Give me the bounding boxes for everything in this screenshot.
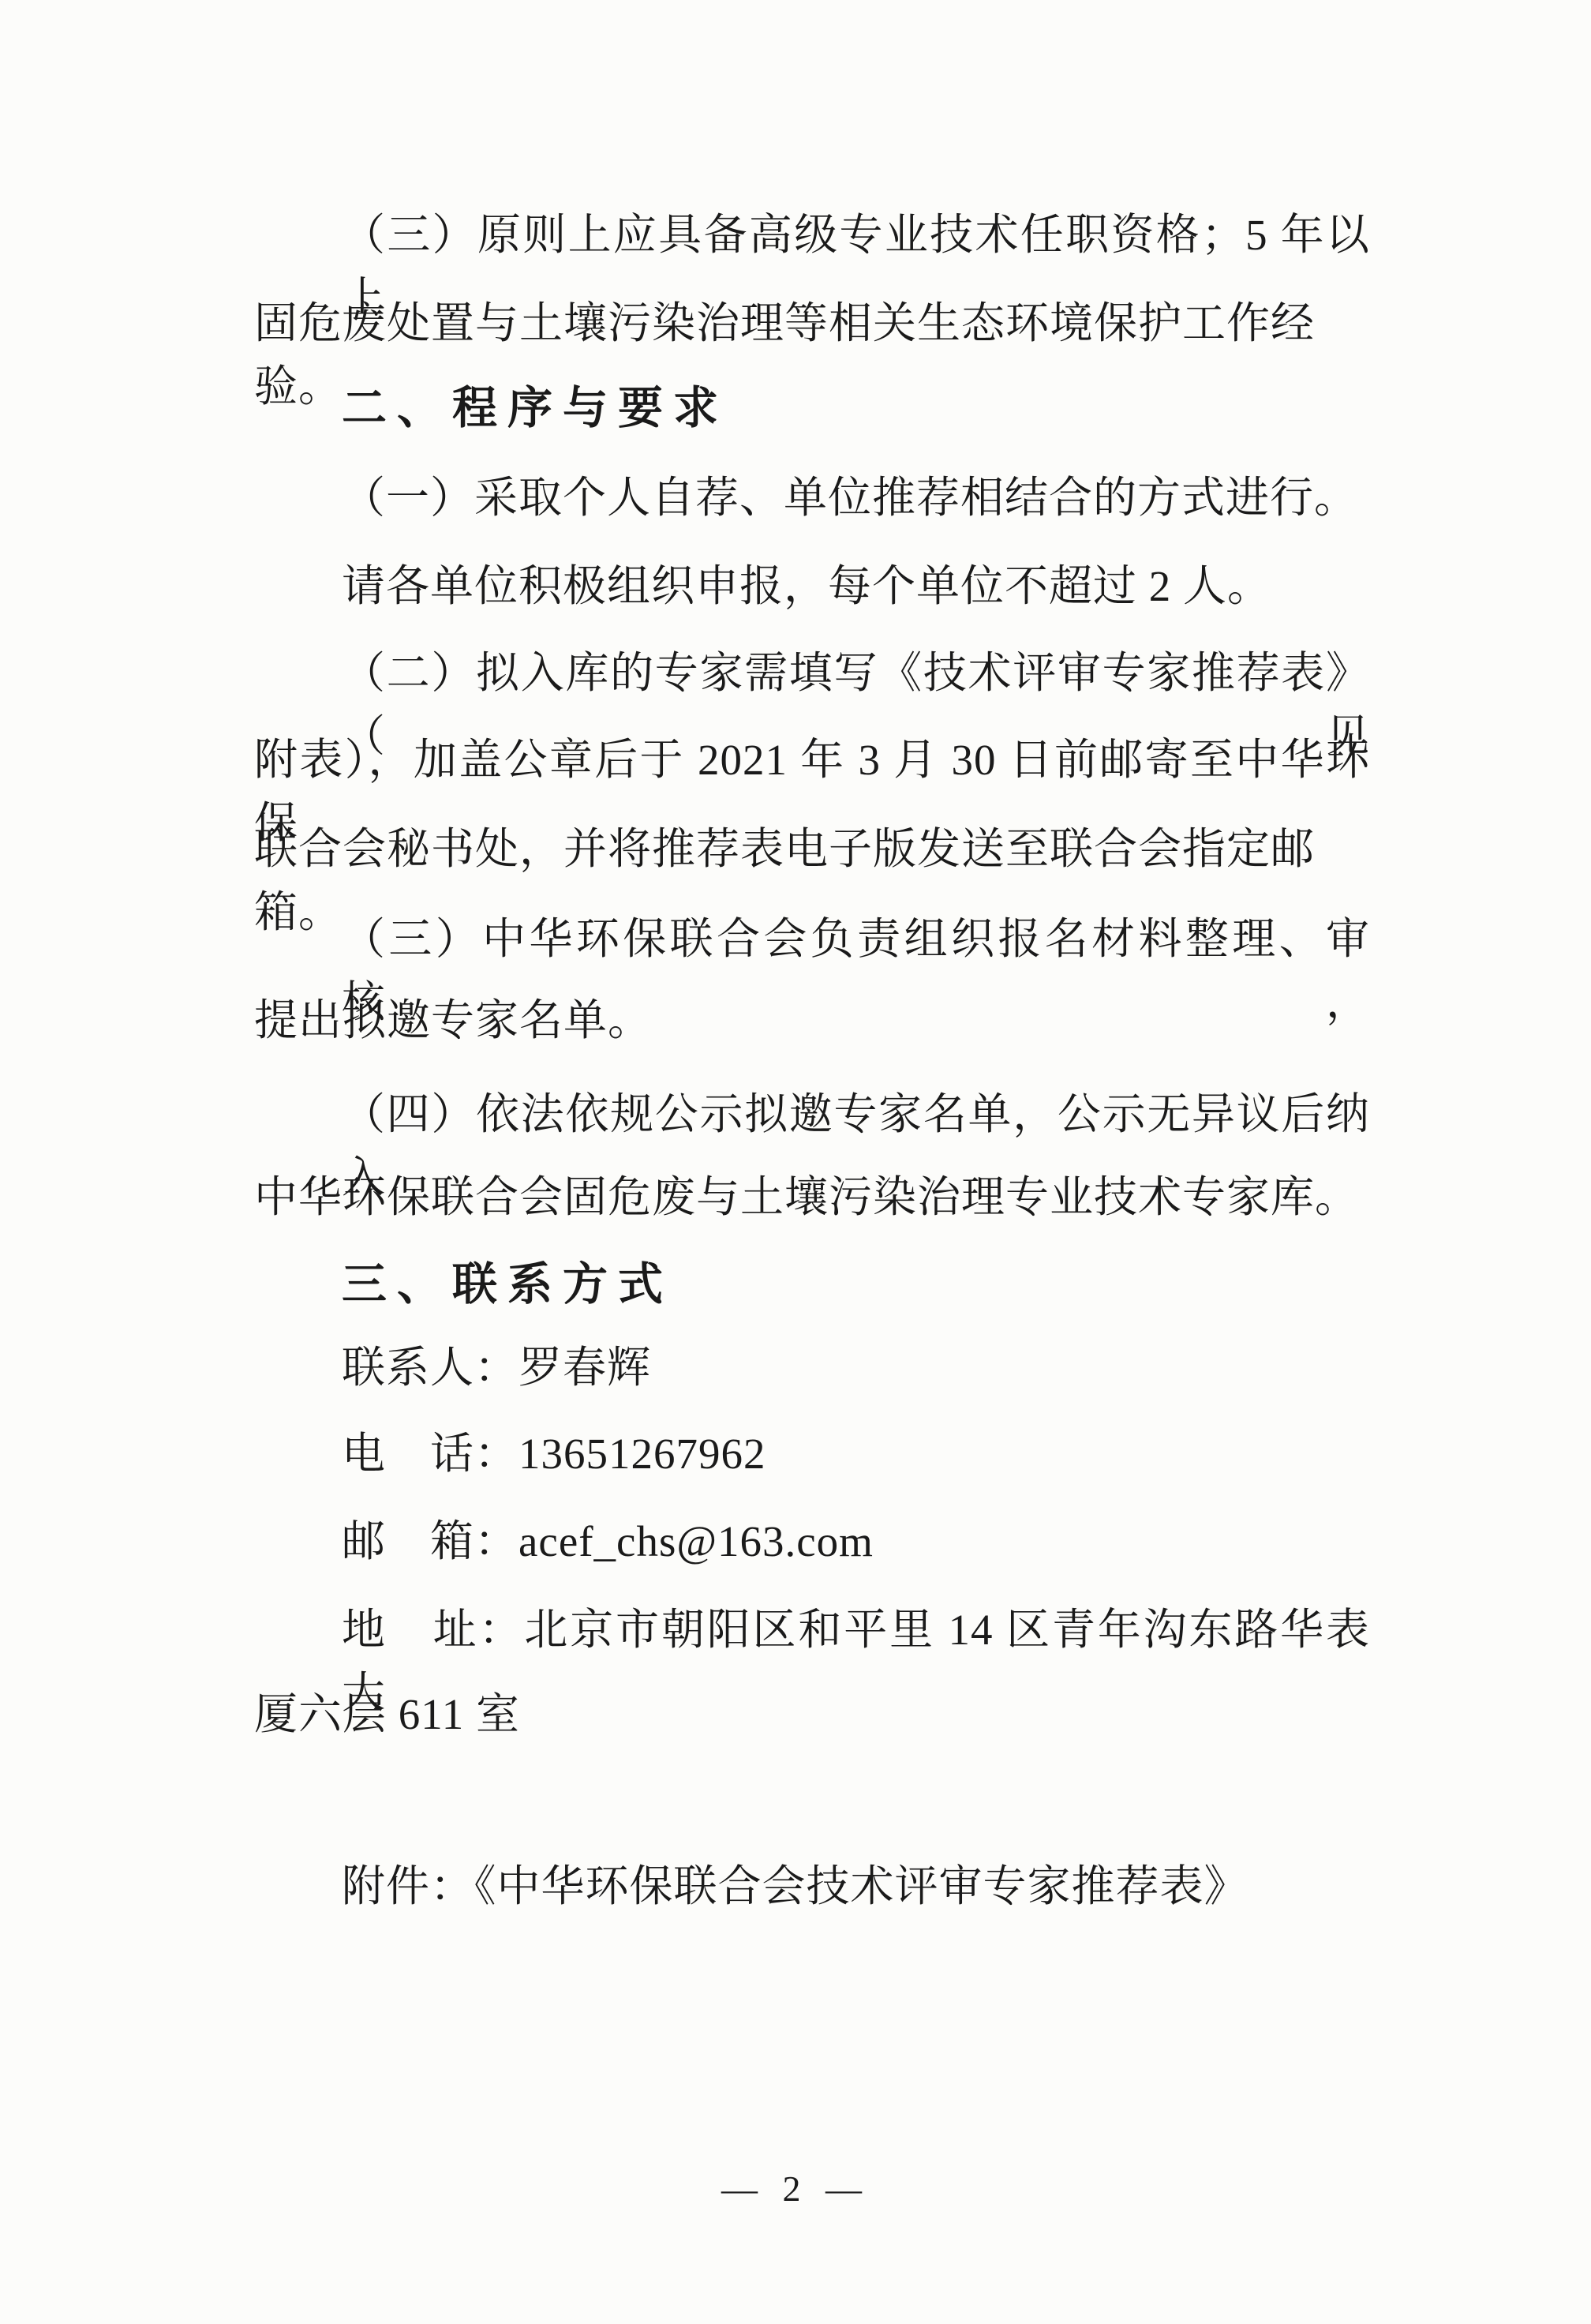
section-heading-contact: 三、联系方式 [254, 1254, 1370, 1317]
section-heading-procedures: 二、程序与要求 [254, 377, 1370, 440]
contact-phone-line: 电 话：13651267962 [254, 1423, 1370, 1486]
contact-address-line-cont: 厦六层 611 室 [254, 1683, 1370, 1746]
scanned-document-page: （三）原则上应具备高级专业技术任职资格；5 年以上 固危废处置与土壤污染治理等相… [0, 0, 1591, 2324]
attachment-line: 附件：《中华环保联合会技术评审专家推荐表》 [254, 1855, 1370, 1918]
paragraph-line-procedure-1: （一）采取个人自荐、单位推荐相结合的方式进行。 [254, 467, 1370, 530]
paragraph-line-procedure-3-cont: 提出拟邀专家名单。 [254, 989, 1370, 1052]
paragraph-line-application-note: 请各单位积极组织申报，每个单位不超过 2 人。 [254, 555, 1370, 618]
page-number: — 2 — [0, 2165, 1591, 2213]
contact-email-line: 邮 箱：acef_chs@163.com [254, 1510, 1370, 1573]
contact-person-line: 联系人：罗春辉 [254, 1336, 1370, 1400]
paragraph-line-procedure-4-cont: 中华环保联合会固危废与土壤污染治理专业技术专家库。 [254, 1166, 1370, 1229]
